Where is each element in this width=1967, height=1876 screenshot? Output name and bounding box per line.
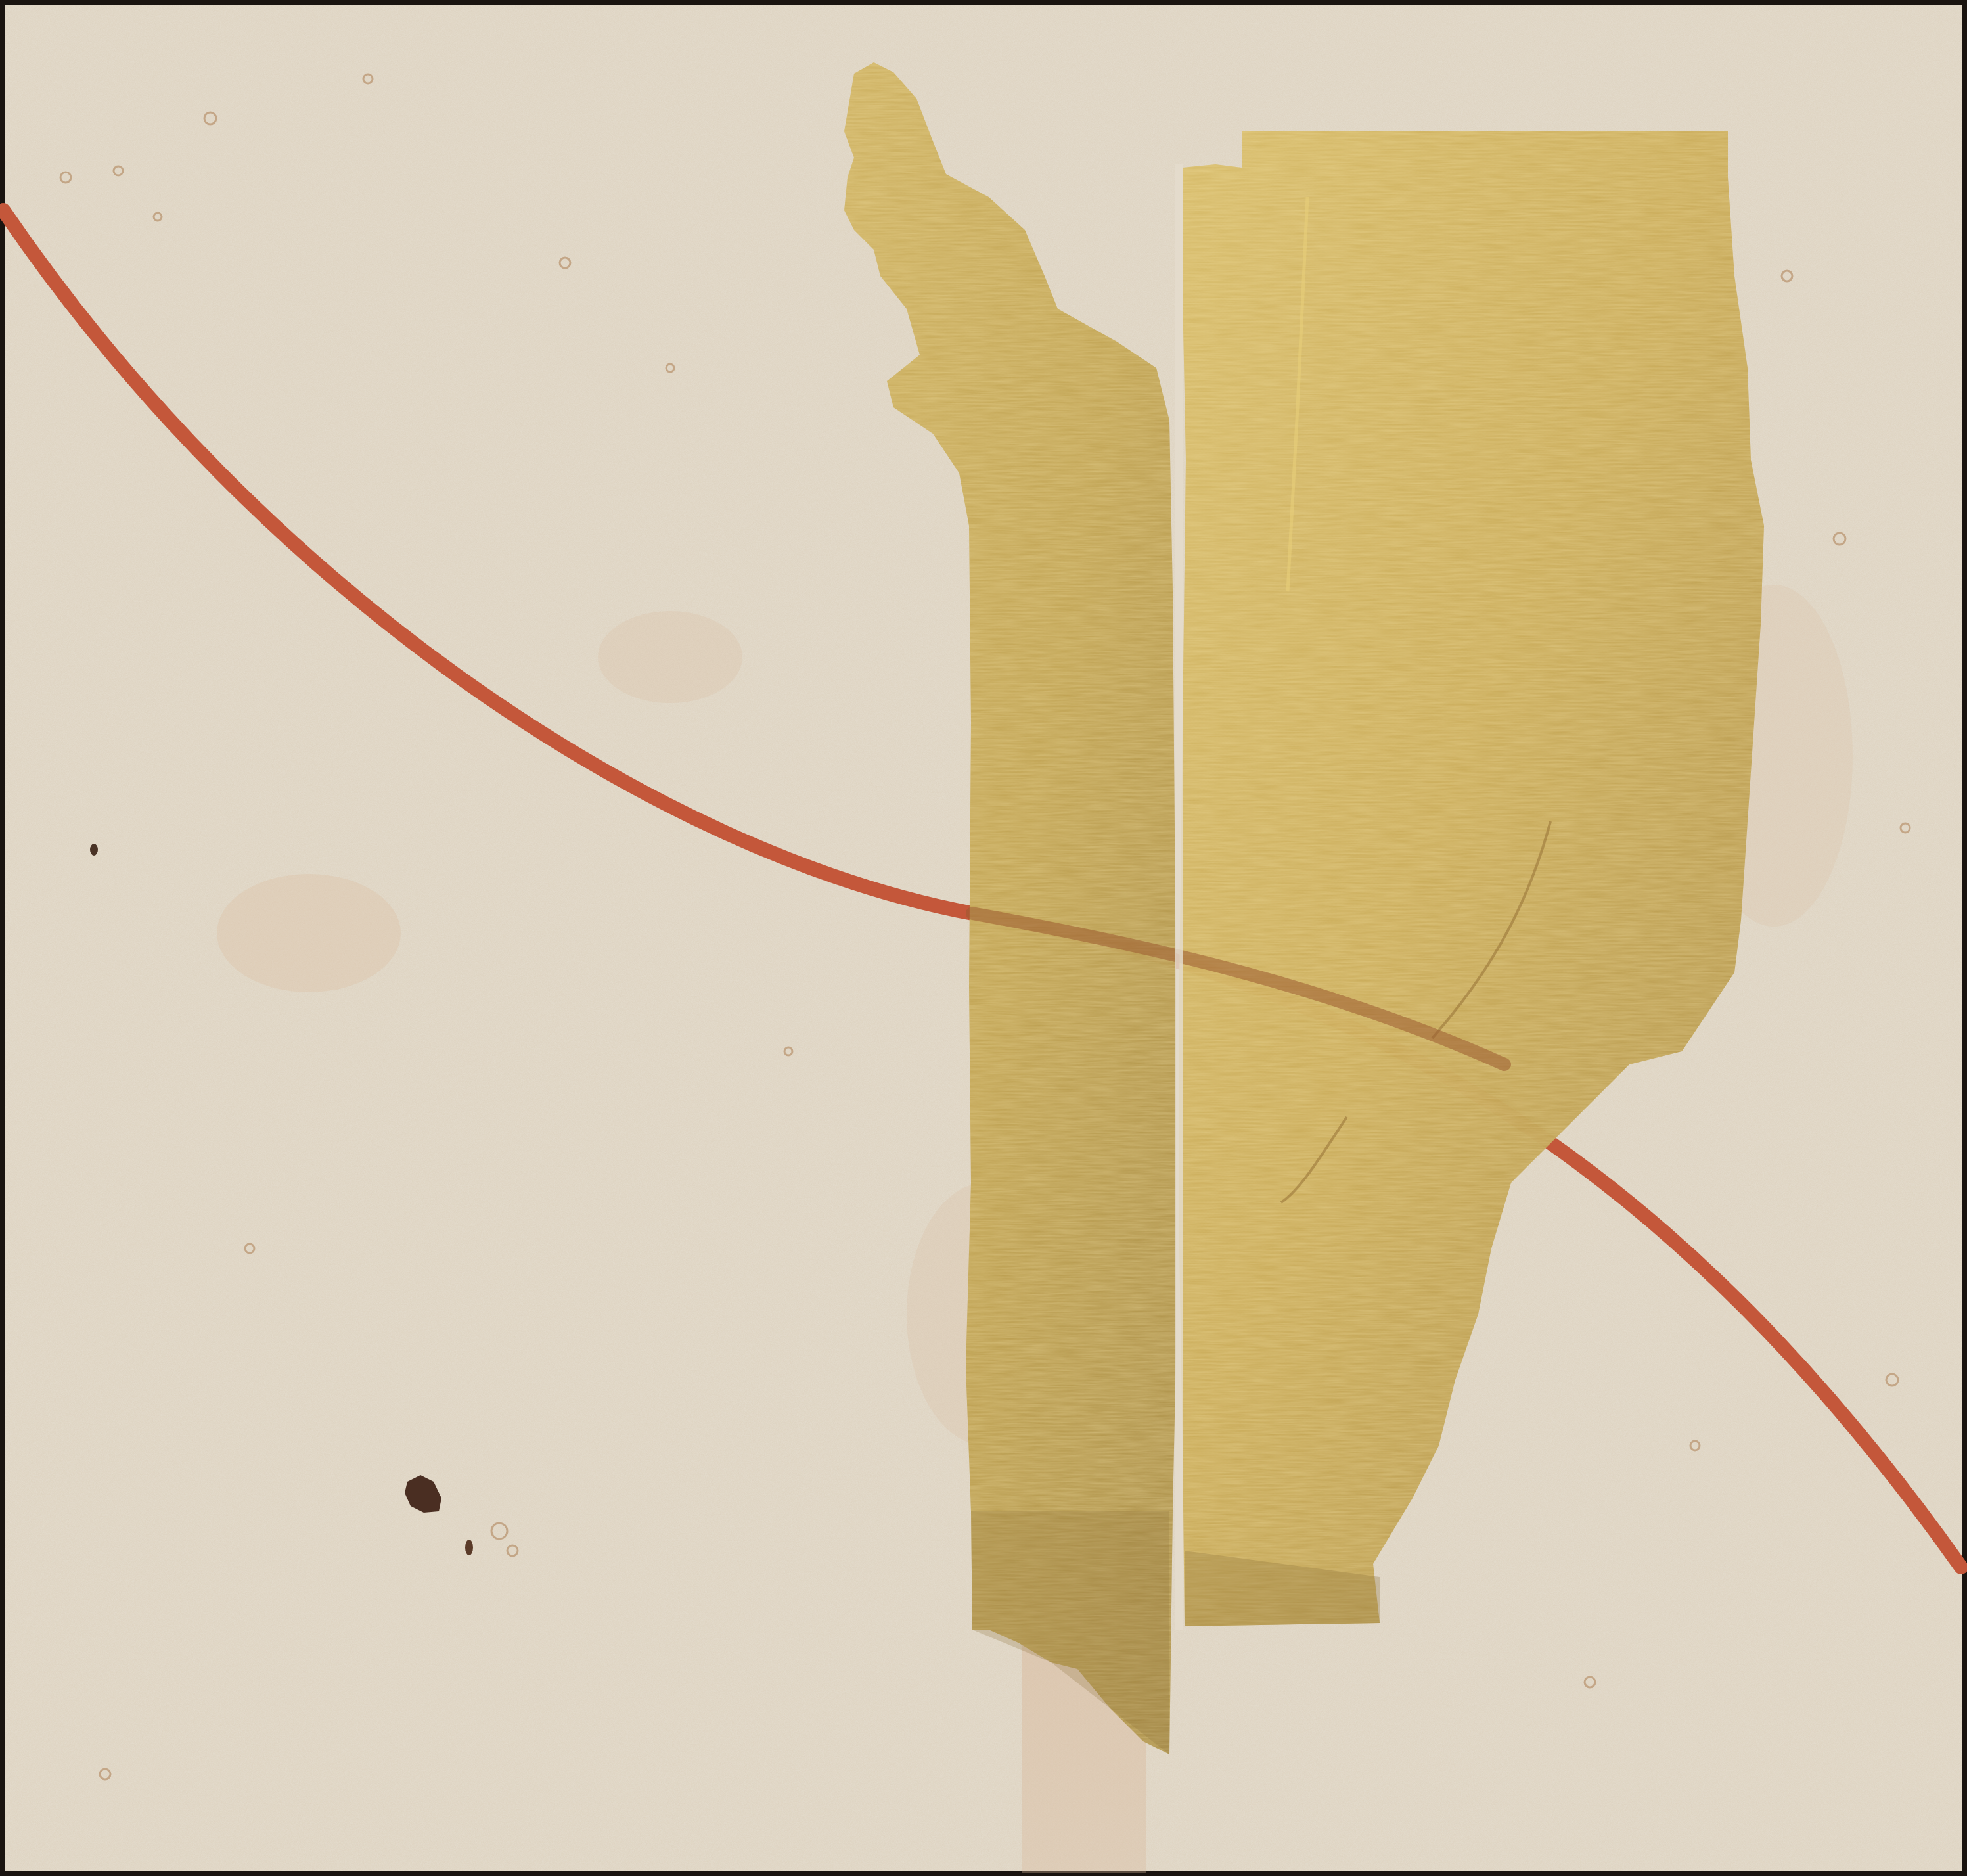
artwork-canvas: Abstract composition: two torn gold-leaf…: [0, 0, 1967, 1876]
stain: [598, 611, 742, 703]
gap-between-panels: [1175, 164, 1183, 1630]
small-blot: [90, 844, 98, 856]
painting-svg: [0, 0, 1967, 1876]
stain: [217, 874, 401, 992]
small-blot: [465, 1540, 473, 1555]
